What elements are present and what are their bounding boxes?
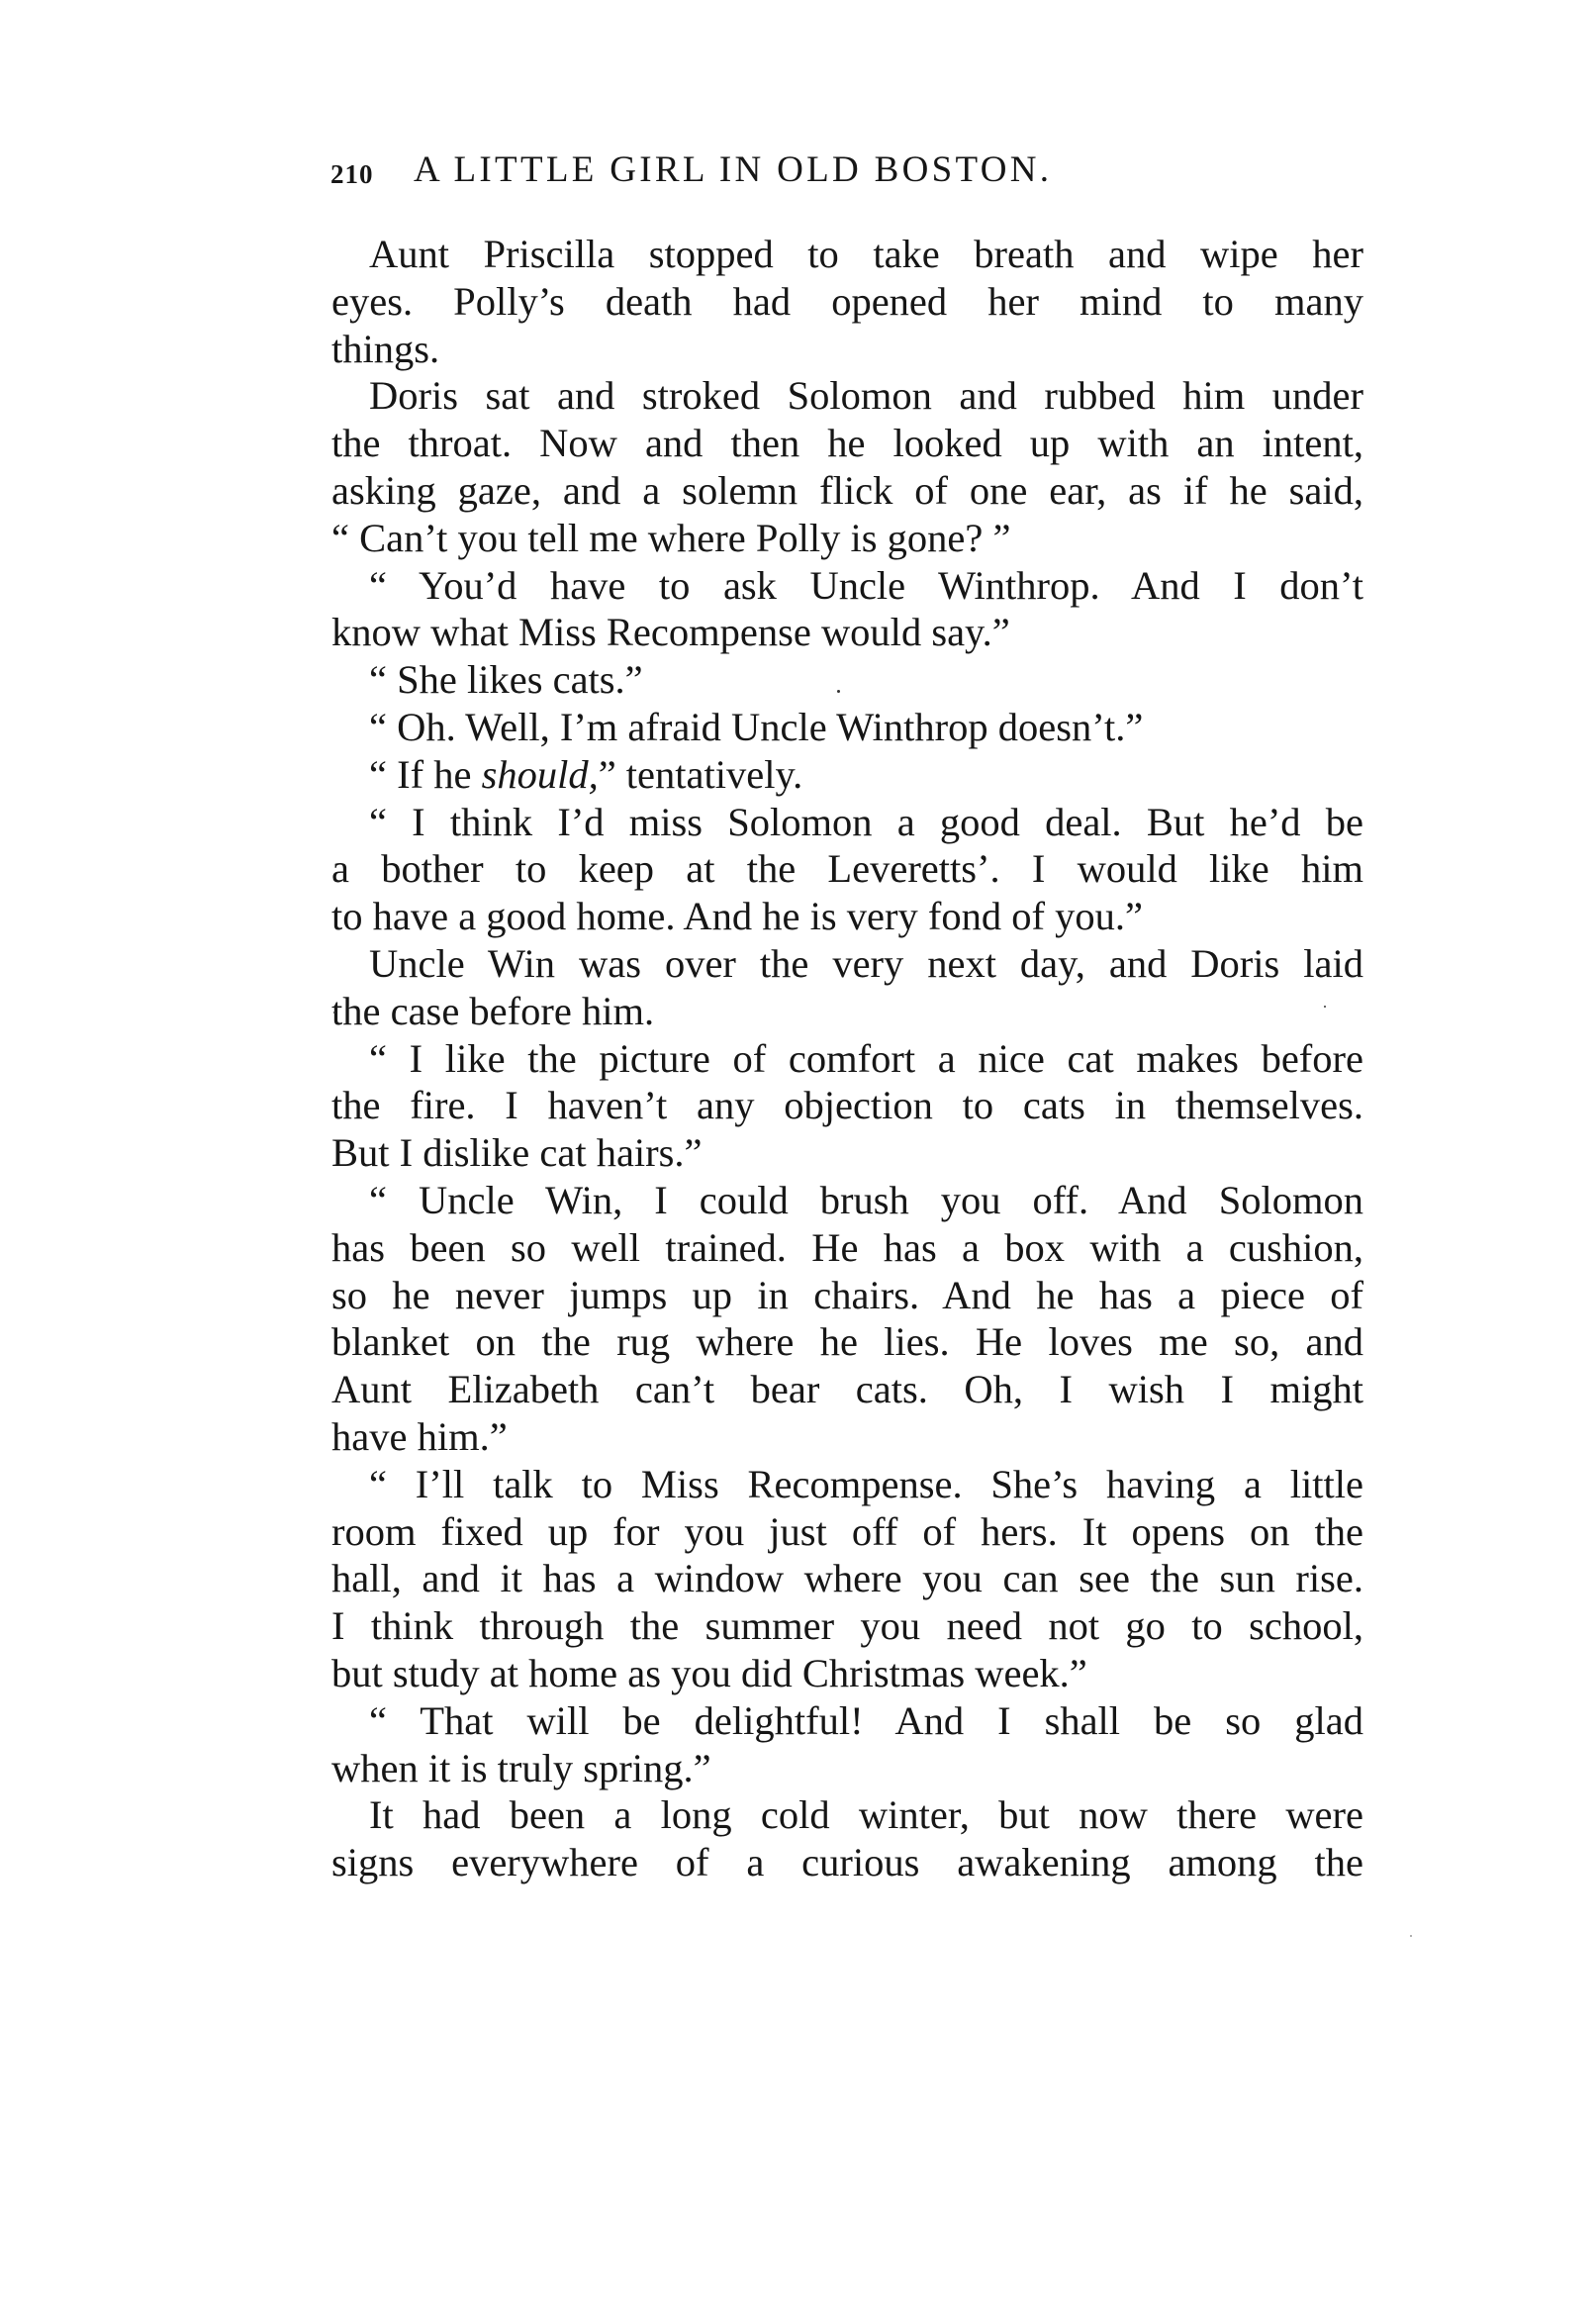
text-line: “ That will be delightful! And I shall b… [331, 1697, 1363, 1745]
text-line: the fire. I haven’t any objection to cat… [331, 1082, 1363, 1129]
text-line: Uncle Win was over the very next day, an… [331, 940, 1363, 988]
text-line: “ I like the picture of comfort a nice c… [331, 1035, 1363, 1083]
text-line: the throat. Now and then he looked up wi… [331, 420, 1363, 467]
text-line: I think through the summer you need not … [331, 1602, 1363, 1650]
text-line: “ Can’t you tell me where Polly is gone?… [331, 515, 1363, 562]
scan-speck [837, 690, 840, 693]
text-line: blanket on the rug where he lies. He lov… [331, 1318, 1363, 1366]
text-line: so he never jumps up in chairs. And he h… [331, 1272, 1363, 1319]
text-line: has been so well trained. He has a box w… [331, 1224, 1363, 1272]
text-line: asking gaze, and a solemn flick of one e… [331, 467, 1363, 515]
text-line: “ I’ll talk to Miss Recompense. She’s ha… [331, 1461, 1363, 1508]
scan-speck [1324, 1006, 1326, 1008]
text-line: a bother to keep at the Leveretts’. I wo… [331, 845, 1363, 893]
text-line: room fixed up for you just off of hers. … [331, 1508, 1363, 1556]
body-text: Aunt Priscilla stopped to take breath an… [331, 231, 1363, 1886]
scan-speck [1410, 1935, 1412, 1937]
text-line: “ Oh. Well, I’m afraid Uncle Winthrop do… [331, 704, 1363, 751]
text-line: have him.” [331, 1413, 1363, 1461]
running-head: 210 A LITTLE GIRL IN OLD BOSTON. [330, 148, 1231, 192]
text-line: things. [331, 326, 1363, 373]
text-line: “ If he should,” tentatively. [331, 751, 1363, 799]
text-segment: “ If he [369, 752, 482, 797]
text-line: know what Miss Recompense would say.” [331, 609, 1363, 656]
text-line: It had been a long cold winter, but now … [331, 1791, 1363, 1839]
text-line: Aunt Elizabeth can’t bear cats. Oh, I wi… [331, 1366, 1363, 1413]
text-line: “ Uncle Win, I could brush you off. And … [331, 1177, 1363, 1224]
text-line: to have a good home. And he is very fond… [331, 893, 1363, 940]
page-number: 210 [330, 161, 374, 188]
text-line: “ I think I’d miss Solomon a good deal. … [331, 799, 1363, 846]
book-title: A LITTLE GIRL IN OLD BOSTON. [414, 148, 1052, 192]
text-line: the case before him. [331, 988, 1363, 1035]
text-line: But I dislike cat hairs.” [331, 1129, 1363, 1177]
text-segment: ” tentatively. [599, 752, 803, 797]
italic-emphasis: should, [482, 752, 599, 797]
text-line: Aunt Priscilla stopped to take breath an… [331, 231, 1363, 278]
text-line: but study at home as you did Christmas w… [331, 1650, 1363, 1697]
scan-speck [333, 1012, 335, 1014]
book-page: 210 A LITTLE GIRL IN OLD BOSTON. Aunt Pr… [0, 0, 1596, 2317]
text-line: when it is truly spring.” [331, 1745, 1363, 1792]
text-line: “ She likes cats.” [331, 656, 1363, 704]
text-line: eyes. Polly’s death had opened her mind … [331, 278, 1363, 326]
text-line: signs everywhere of a curious awakening … [331, 1839, 1363, 1886]
text-line: Doris sat and stroked Solomon and rubbed… [331, 372, 1363, 420]
text-line: “ You’d have to ask Uncle Winthrop. And … [331, 562, 1363, 610]
text-line: hall, and it has a window where you can … [331, 1555, 1363, 1602]
